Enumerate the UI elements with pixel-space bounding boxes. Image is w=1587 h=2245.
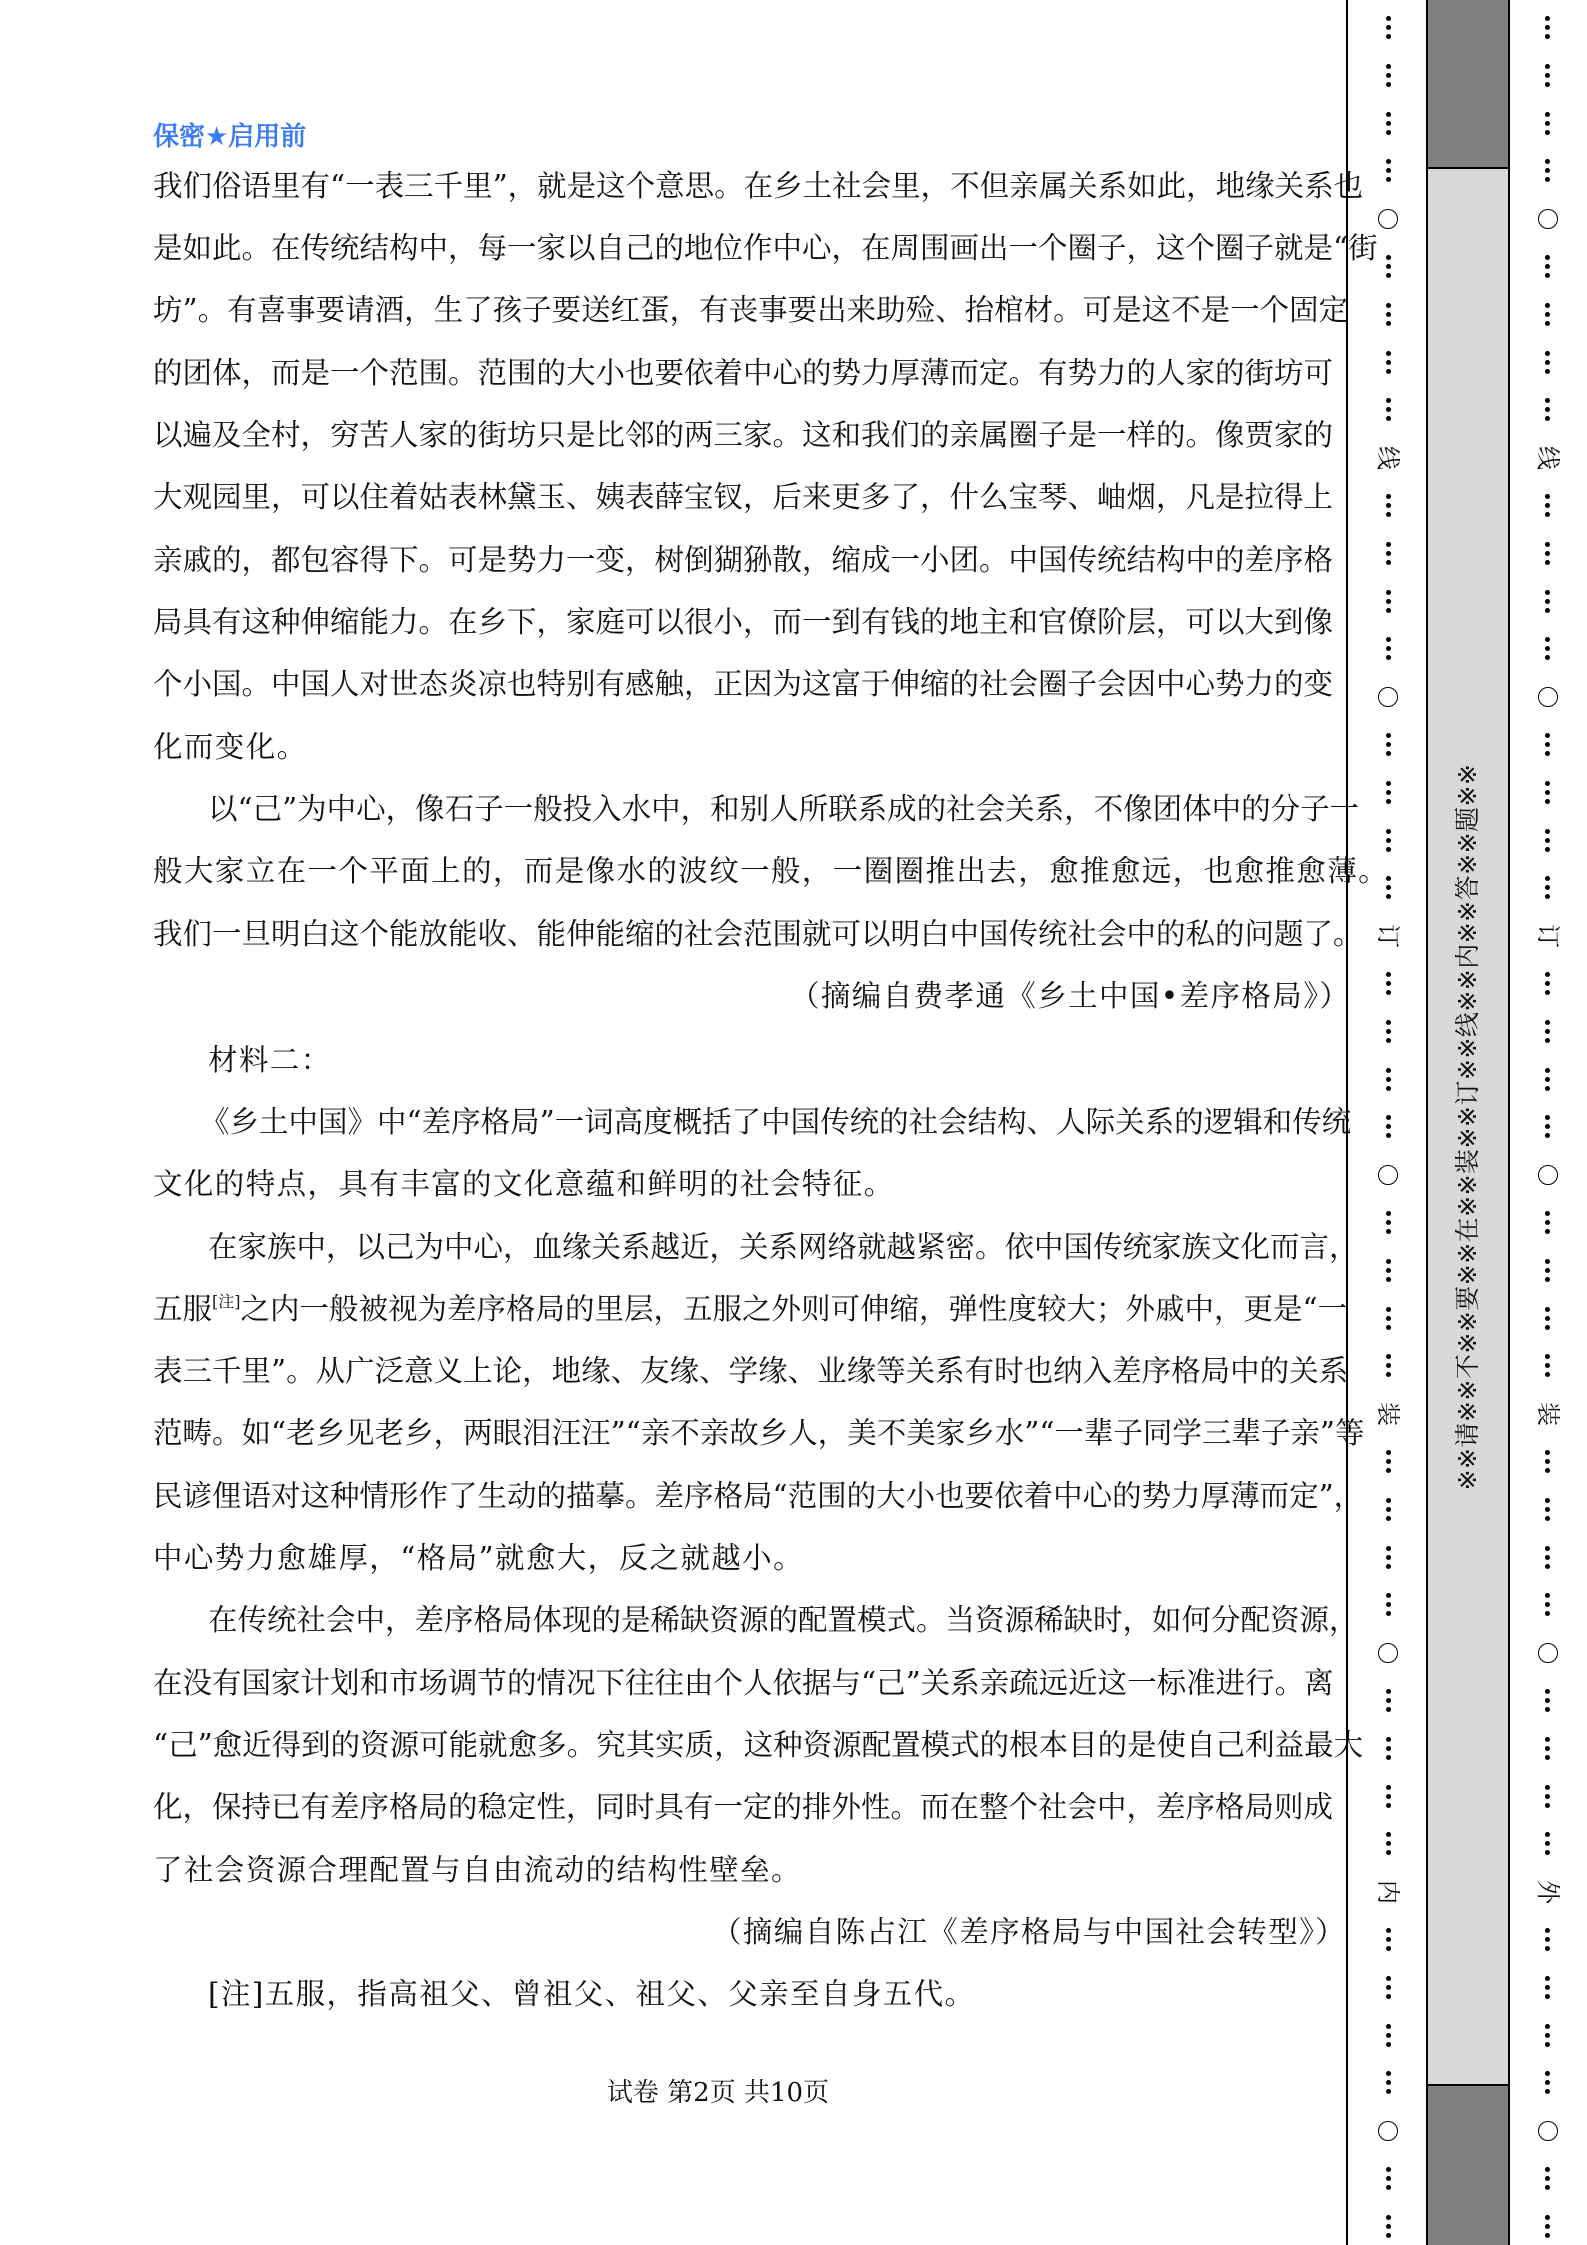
ellipsis-dots-icon (1545, 1737, 1550, 1763)
footnote: [注]五服，指高祖父、曾祖父、祖父、父亲至自身五代。 (208, 1974, 975, 2014)
ellipsis-dots-icon (1545, 1211, 1550, 1237)
text-line: 个小国。中国人对世态炎凉也特别有感触，正因为这富于伸缩的社会圈子会因中心势力的变 (153, 664, 1283, 704)
ellipsis-dots-icon (1545, 303, 1550, 329)
ellipsis-dots-icon (1386, 1785, 1391, 1811)
ellipsis-dots-icon (1386, 159, 1391, 185)
ellipsis-dots-icon (1545, 1928, 1550, 1954)
circle-icon (1538, 209, 1558, 229)
ellipsis-dots-icon (1386, 1020, 1391, 1046)
ellipsis-dots-icon (1545, 1976, 1550, 2002)
binding-column-outer: 线订装外 (1508, 0, 1587, 2245)
ellipsis-dots-icon (1545, 2215, 1550, 2241)
ellipsis-dots-icon (1386, 1593, 1391, 1619)
ellipsis-dots-icon (1545, 972, 1550, 998)
ellipsis-dots-icon (1386, 16, 1391, 42)
ellipsis-dots-icon (1386, 1832, 1391, 1858)
ellipsis-dots-icon (1386, 1689, 1391, 1715)
circle-icon (1538, 1643, 1558, 1663)
ellipsis-dots-icon (1386, 972, 1391, 998)
binding-column-inner: 线订装内 (1346, 0, 1428, 2245)
binding-warning-text: ※※请※※不※※要※※在※※装※※订※※线※※内※※答※※题※※ (1448, 727, 1488, 1527)
secret-label: 保密★启用前 (153, 116, 306, 153)
text-line: 般大家立在一个平面上的，而是像水的波纹一般，一圈圈推出去，愈推愈远，也愈推愈薄。 (153, 851, 1389, 891)
ellipsis-dots-icon (1386, 781, 1391, 807)
ellipsis-dots-icon (1545, 781, 1550, 807)
ellipsis-dots-icon (1545, 1450, 1550, 1476)
ellipsis-dots-icon (1545, 1785, 1550, 1811)
text-line: 范畴。如“老乡见老乡，两眼泪汪汪”“亲不亲故乡人，美不美家乡水”“一辈子同学三辈… (153, 1413, 1283, 1453)
ellipsis-dots-icon (1386, 637, 1391, 663)
dark-block-top (1428, 0, 1508, 169)
text-line: 大观园里，可以住着姑表林黛玉、姨表薛宝钗，后来更多了，什么宝琴、岫烟，凡是拉得上 (153, 477, 1283, 517)
ellipsis-dots-icon (1545, 1689, 1550, 1715)
ellipsis-dots-icon (1545, 637, 1550, 663)
ellipsis-dots-icon (1386, 112, 1391, 138)
text-line: 民谚俚语对这种情形作了生动的描摹。差序格局“范围的大小也要依着中心的势力厚薄而定… (153, 1476, 1283, 1516)
ellipsis-dots-icon (1545, 255, 1550, 281)
ellipsis-dots-icon (1386, 2167, 1391, 2193)
ellipsis-dots-icon (1386, 303, 1391, 329)
ellipsis-dots-icon (1386, 255, 1391, 281)
ellipsis-dots-icon (1386, 64, 1391, 90)
text-line: 在没有国家计划和市场调节的情况下往往由个人依据与“己”关系亲疏远近这一标准进行。… (153, 1663, 1283, 1703)
ellipsis-dots-icon (1545, 590, 1550, 616)
text-line: 中心势力愈雄厚，“格局”就愈大，反之就越小。 (153, 1538, 804, 1578)
binding-banner-strip: ※※请※※不※※要※※在※※装※※订※※线※※内※※答※※题※※ (1426, 0, 1510, 2245)
text-line: 的团体，而是一个范围。范围的大小也要依着中心的势力厚薄而定。有势力的人家的街坊可 (153, 353, 1283, 393)
ellipsis-dots-icon (1386, 733, 1391, 759)
binding-label-text: 线 (1534, 444, 1562, 472)
text-line: 《乡土中国》中“差序格局”一词高度概括了中国传统的社会结构、人际关系的逻辑和传统 (200, 1102, 1283, 1142)
text-line: 化而变化。 (153, 727, 308, 767)
text-line: 局具有这种伸缩能力。在乡下，家庭可以很小，而一到有钱的地主和官僚阶层，可以大到像 (153, 602, 1283, 642)
ellipsis-dots-icon (1545, 112, 1550, 138)
ellipsis-dots-icon (1386, 542, 1391, 568)
ellipsis-dots-icon (1545, 1832, 1550, 1858)
text-line: 亲戚的，都包容得下。可是势力一变，树倒猢狲散，缩成一小团。中国传统结构中的差序格 (153, 540, 1283, 580)
ellipsis-dots-icon (1545, 1115, 1550, 1141)
text-fragment: 五服 (153, 1292, 212, 1326)
ellipsis-dots-icon (1545, 1259, 1550, 1285)
ellipsis-dots-icon (1545, 159, 1550, 185)
ellipsis-dots-icon (1545, 398, 1550, 424)
text-line: 五服[注]之内一般被视为差序格局的里层，五服之外则可伸缩，弹性度较大；外戚中，更… (153, 1289, 1283, 1329)
text-line: 在传统社会中，差序格局体现的是稀缺资源的配置模式。当资源稀缺时，如何分配资源， (208, 1600, 1283, 1640)
binding-label-text: 装 (1374, 1400, 1402, 1428)
ellipsis-dots-icon (1545, 876, 1550, 902)
ellipsis-dots-icon (1545, 542, 1550, 568)
text-line: 以遍及全村，穷苦人家的街坊只是比邻的两三家。这和我们的亲属圈子是一样的。像贾家的 (153, 415, 1283, 455)
ellipsis-dots-icon (1386, 1211, 1391, 1237)
ellipsis-dots-icon (1386, 1068, 1391, 1094)
text-line: 了社会资源合理配置与自由流动的结构性壁垒。 (153, 1850, 802, 1890)
text-line: 我们俗语里有“一表三千里”，就是这个意思。在乡土社会里，不但亲属关系如此，地缘关… (153, 166, 1283, 206)
ellipsis-dots-icon (1545, 733, 1550, 759)
ellipsis-dots-icon (1386, 2215, 1391, 2241)
ellipsis-dots-icon (1386, 1928, 1391, 1954)
ellipsis-dots-icon (1545, 16, 1550, 42)
binding-label-text: 线 (1374, 444, 1402, 472)
circle-icon (1538, 2121, 1558, 2141)
ellipsis-dots-icon (1545, 1068, 1550, 1094)
ellipsis-dots-icon (1386, 1976, 1391, 2002)
binding-label-text: 订 (1374, 922, 1402, 950)
ellipsis-dots-icon (1386, 398, 1391, 424)
circle-icon (1378, 209, 1398, 229)
ellipsis-dots-icon (1545, 2024, 1550, 2050)
binding-label-text: 外 (1534, 1878, 1562, 1906)
ellipsis-dots-icon (1545, 2071, 1550, 2097)
binding-label-text: 内 (1374, 1878, 1402, 1906)
ellipsis-dots-icon (1386, 1354, 1391, 1380)
text-line: 坊”。有喜事要请酒，生了孩子要送红蛋，有丧事要出来助殓、抬棺材。可是这不是一个固… (153, 290, 1283, 330)
ellipsis-dots-icon (1386, 876, 1391, 902)
binding-label-text: 订 (1534, 922, 1562, 950)
circle-icon (1378, 1643, 1398, 1663)
ellipsis-dots-icon (1386, 2024, 1391, 2050)
ellipsis-dots-icon (1545, 351, 1550, 377)
ellipsis-dots-icon (1386, 1115, 1391, 1141)
ellipsis-dots-icon (1386, 351, 1391, 377)
material-heading: 材料二： (208, 1040, 332, 1080)
ellipsis-dots-icon (1545, 829, 1550, 855)
circle-icon (1378, 687, 1398, 707)
ellipsis-dots-icon (1386, 1737, 1391, 1763)
text-line: 是如此。在传统结构中，每一家以自己的地位作中心，在周围画出一个圈子，这个圈子就是… (153, 228, 1283, 268)
text-line: 化，保持已有差序格局的稳定性，同时具有一定的排外性。而在整个社会中，差序格局则成 (153, 1787, 1268, 1827)
ellipsis-dots-icon (1545, 494, 1550, 520)
binding-label-text: 装 (1534, 1400, 1562, 1428)
ellipsis-dots-icon (1386, 829, 1391, 855)
ellipsis-dots-icon (1545, 1020, 1550, 1046)
text-line: 文化的特点，具有丰富的文化意蕴和鲜明的社会特征。 (153, 1164, 895, 1204)
ellipsis-dots-icon (1545, 64, 1550, 90)
ellipsis-dots-icon (1386, 1546, 1391, 1572)
text-line: “己”愈近得到的资源可能就愈多。究其实质，这种资源配置模式的根本目的是使自己利益… (153, 1725, 1283, 1765)
ellipsis-dots-icon (1386, 1498, 1391, 1524)
ellipsis-dots-icon (1386, 494, 1391, 520)
circle-icon (1378, 1165, 1398, 1185)
text-line: 我们一旦明白这个能放能收、能伸能缩的社会范围就可以明白中国传统社会中的私的问题了… (153, 914, 1283, 954)
text-line: 在家族中，以己为中心，血缘关系越近，关系网络就越紧密。依中国传统家族文化而言， (208, 1227, 1283, 1267)
source-citation: （摘编自陈占江《差序格局与中国社会转型》） (712, 1912, 1346, 1952)
circle-icon (1538, 1165, 1558, 1185)
dark-block-bottom (1428, 2084, 1508, 2245)
ellipsis-dots-icon (1545, 2167, 1550, 2193)
footnote-marker[interactable]: [注] (212, 1292, 241, 1311)
page-footer: 试卷 第2页 共10页 (598, 2072, 838, 2109)
ellipsis-dots-icon (1386, 1307, 1391, 1333)
circle-icon (1538, 687, 1558, 707)
text-fragment: 之内一般被视为差序格局的里层，五服之外则可伸缩，弹性度较大；外戚中，更是“一 (241, 1292, 1348, 1326)
ellipsis-dots-icon (1545, 1354, 1550, 1380)
text-line: 表三千里”。从广泛意义上论，地缘、友缘、学缘、业缘等关系有时也纳入差序格局中的关… (153, 1351, 1283, 1391)
ellipsis-dots-icon (1386, 1450, 1391, 1476)
ellipsis-dots-icon (1386, 1259, 1391, 1285)
ellipsis-dots-icon (1545, 1498, 1550, 1524)
ellipsis-dots-icon (1545, 1593, 1550, 1619)
ellipsis-dots-icon (1545, 1546, 1550, 1572)
ellipsis-dots-icon (1386, 590, 1391, 616)
text-line: 以“己”为中心，像石子一般投入水中，和别人所联系成的社会关系，不像团体中的分子一 (208, 789, 1283, 829)
circle-icon (1378, 2121, 1398, 2141)
ellipsis-dots-icon (1545, 1307, 1550, 1333)
source-citation: （摘编自费孝通《乡土中国•差序格局》） (790, 976, 1350, 1016)
ellipsis-dots-icon (1386, 2071, 1391, 2097)
